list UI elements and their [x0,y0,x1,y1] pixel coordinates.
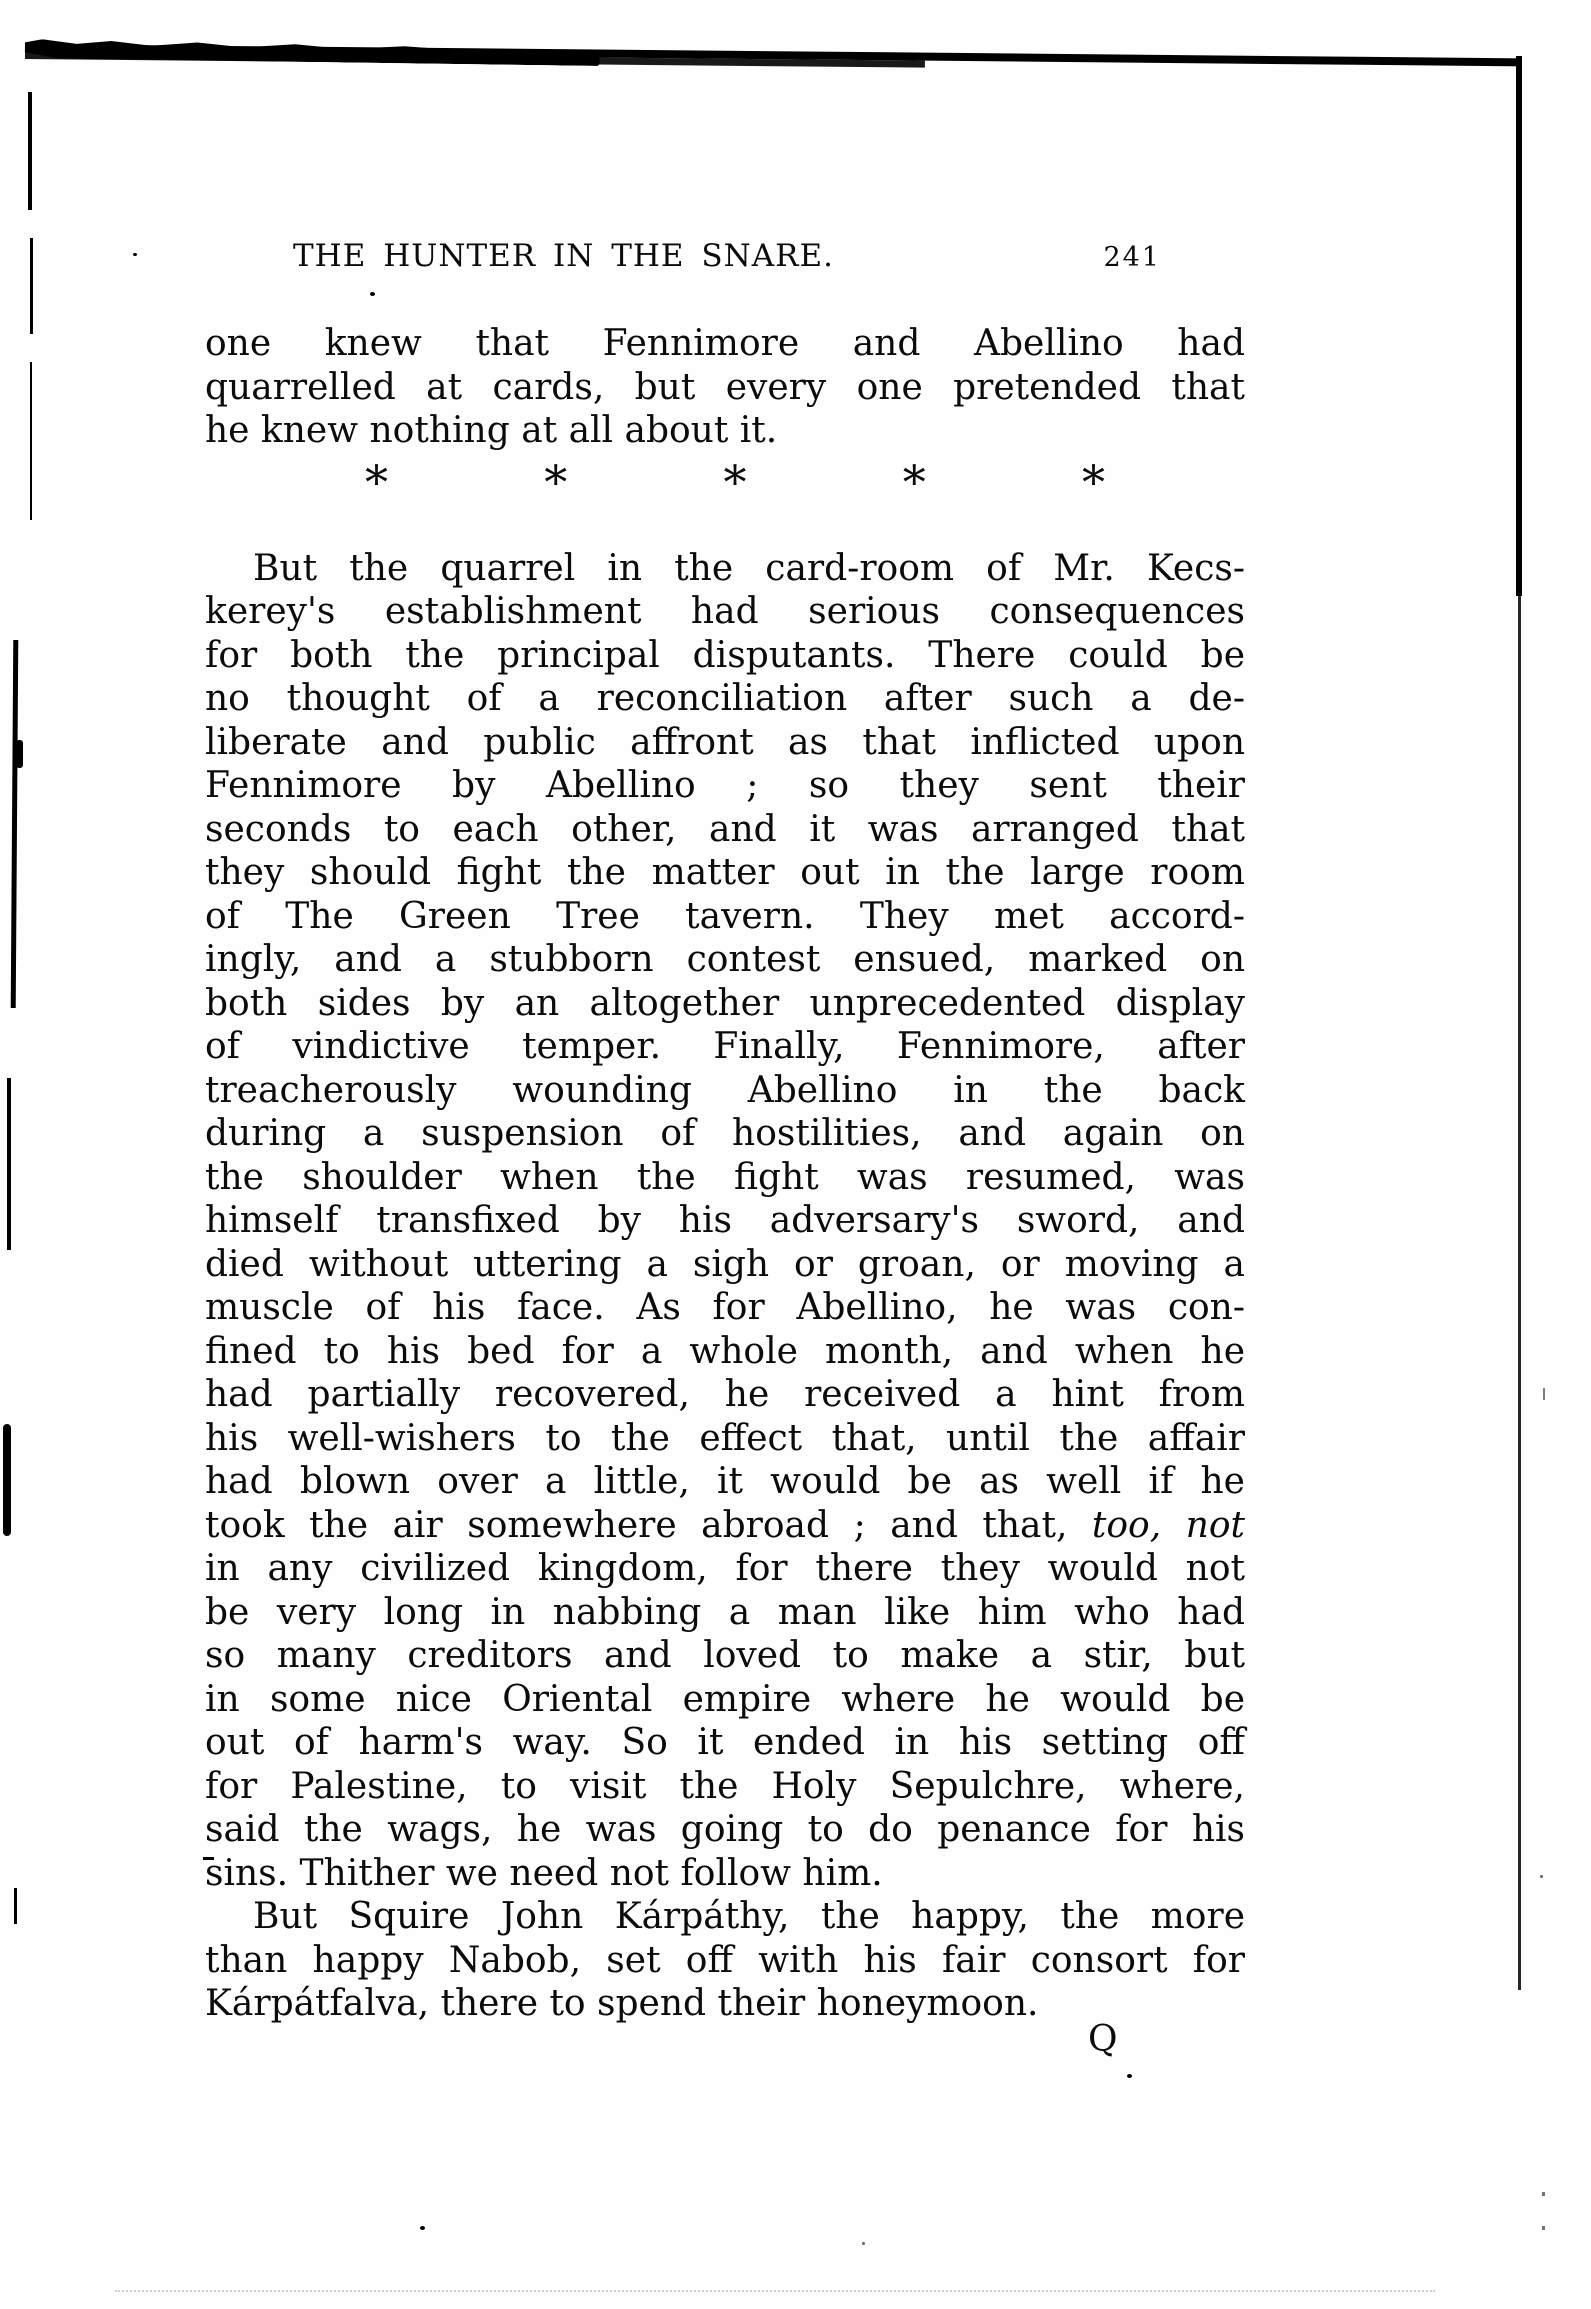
text-line: himself transfixed by his adversary's sw… [205,1199,1245,1243]
text-line: the shoulder when the fight was resumed,… [205,1156,1245,1200]
scan-speck [862,2242,865,2245]
text-line: treacherously wounding Abellino in the b… [205,1069,1245,1113]
scan-speck [1540,1875,1543,1878]
scan-speck [1542,2192,1545,2196]
text-line: had blown over a little, it would be as … [205,1460,1245,1504]
text-line: they should fight the matter out in the … [205,851,1245,895]
signature-mark: Q [1088,2020,1118,2060]
scan-speck [370,292,375,296]
text-line: one knew that Fennimore and Abellino had [205,322,1245,366]
text-line: than happy Nabob, set off with his fair … [205,1939,1245,1983]
scan-speck [1127,2074,1132,2078]
text-line: Fennimore by Abellino ; so they sent the… [205,764,1245,808]
scan-speck [1543,1388,1545,1400]
scan-artifact-left-tick [14,1888,17,1924]
text-line: his well-wishers to the effect that, unt… [205,1417,1245,1461]
text-line: sins. Thither we need not follow him. [205,1852,1245,1896]
scan-artifact-left-streak [11,640,19,1008]
scan-artifact-left-line [30,238,33,334]
asterisk-icon: * [1082,467,1105,507]
text-line: in any civilized kingdom, for there they… [205,1547,1245,1591]
text-line: for both the principal disputants. There… [205,634,1245,678]
text-line: be very long in nabbing a man like him w… [205,1591,1245,1635]
scan-artifact-right-line [1516,56,1522,596]
scan-speck [420,2226,425,2230]
text-line: in some nice Oriental empire where he wo… [205,1678,1245,1722]
text-line: during a suspension of hostilities, and … [205,1112,1245,1156]
text-line: quarrelled at cards, but every one prete… [205,366,1245,410]
text-line: so many creditors and loved to make a st… [205,1634,1245,1678]
text-line: out of harm's way. So it ended in his se… [205,1721,1245,1765]
book-page: THE HUNTER IN THE SNARE. 241 one knew th… [0,0,1591,2309]
scan-speck [1542,2226,1545,2230]
text-line: But Squire John Kárpáthy, the happy, the… [205,1895,1245,1939]
scan-artifact-right-line-lower [1518,596,1521,1990]
text-line: liberate and public affront as that infl… [205,721,1245,765]
scan-artifact-left-streak [7,1078,11,1250]
text-line: muscle of his face. As for Abellino, he … [205,1286,1245,1330]
running-title: THE HUNTER IN THE SNARE. [293,236,834,276]
text-line: for Palestine, to visit the Holy Sepulch… [205,1765,1245,1809]
asterisk-icon: * [724,467,747,507]
scan-artifact-left-line [30,362,32,520]
text-line: of The Green Tree tavern. They met accor… [205,895,1245,939]
asterisk-separator: ***** [205,463,1245,503]
text-line: died without uttering a sigh or groan, o… [205,1243,1245,1287]
text-line: kerey's establishment had serious conseq… [205,590,1245,634]
asterisk-icon: * [365,467,388,507]
text-line: seconds to each other, and it was arrang… [205,808,1245,852]
scan-artifact-bottom-dots [115,2290,1435,2292]
text-line: of vindictive temper. Finally, Fennimore… [205,1025,1245,1069]
scan-artifact-left-blob [16,740,23,768]
text-line: he knew nothing at all about it. [205,409,1245,453]
scan-artifact-left-blob [3,1424,11,1536]
text-line: But the quarrel in the card-room of Mr. … [205,547,1245,591]
page-header: THE HUNTER IN THE SNARE. 241 [205,236,1245,280]
text-line: fined to his bed for a whole month, and … [205,1330,1245,1374]
scan-artifact-left-line [28,92,32,210]
text-line: both sides by an altogether unprecedente… [205,982,1245,1026]
text-line: no thought of a reconciliation after suc… [205,677,1245,721]
text-line: took the air somewhere abroad ; and that… [205,1504,1245,1548]
text-line: said the wags, he was going to do penanc… [205,1808,1245,1852]
asterisk-icon: * [903,467,926,507]
text-line: ingly, and a stubborn contest ensued, ma… [205,938,1245,982]
page-number: 241 [1103,240,1161,276]
scan-speck [133,253,137,256]
text-line: had partially recovered, he received a h… [205,1373,1245,1417]
text-block: one knew that Fennimore and Abellino had… [205,322,1245,2026]
asterisk-icon: * [544,467,567,507]
